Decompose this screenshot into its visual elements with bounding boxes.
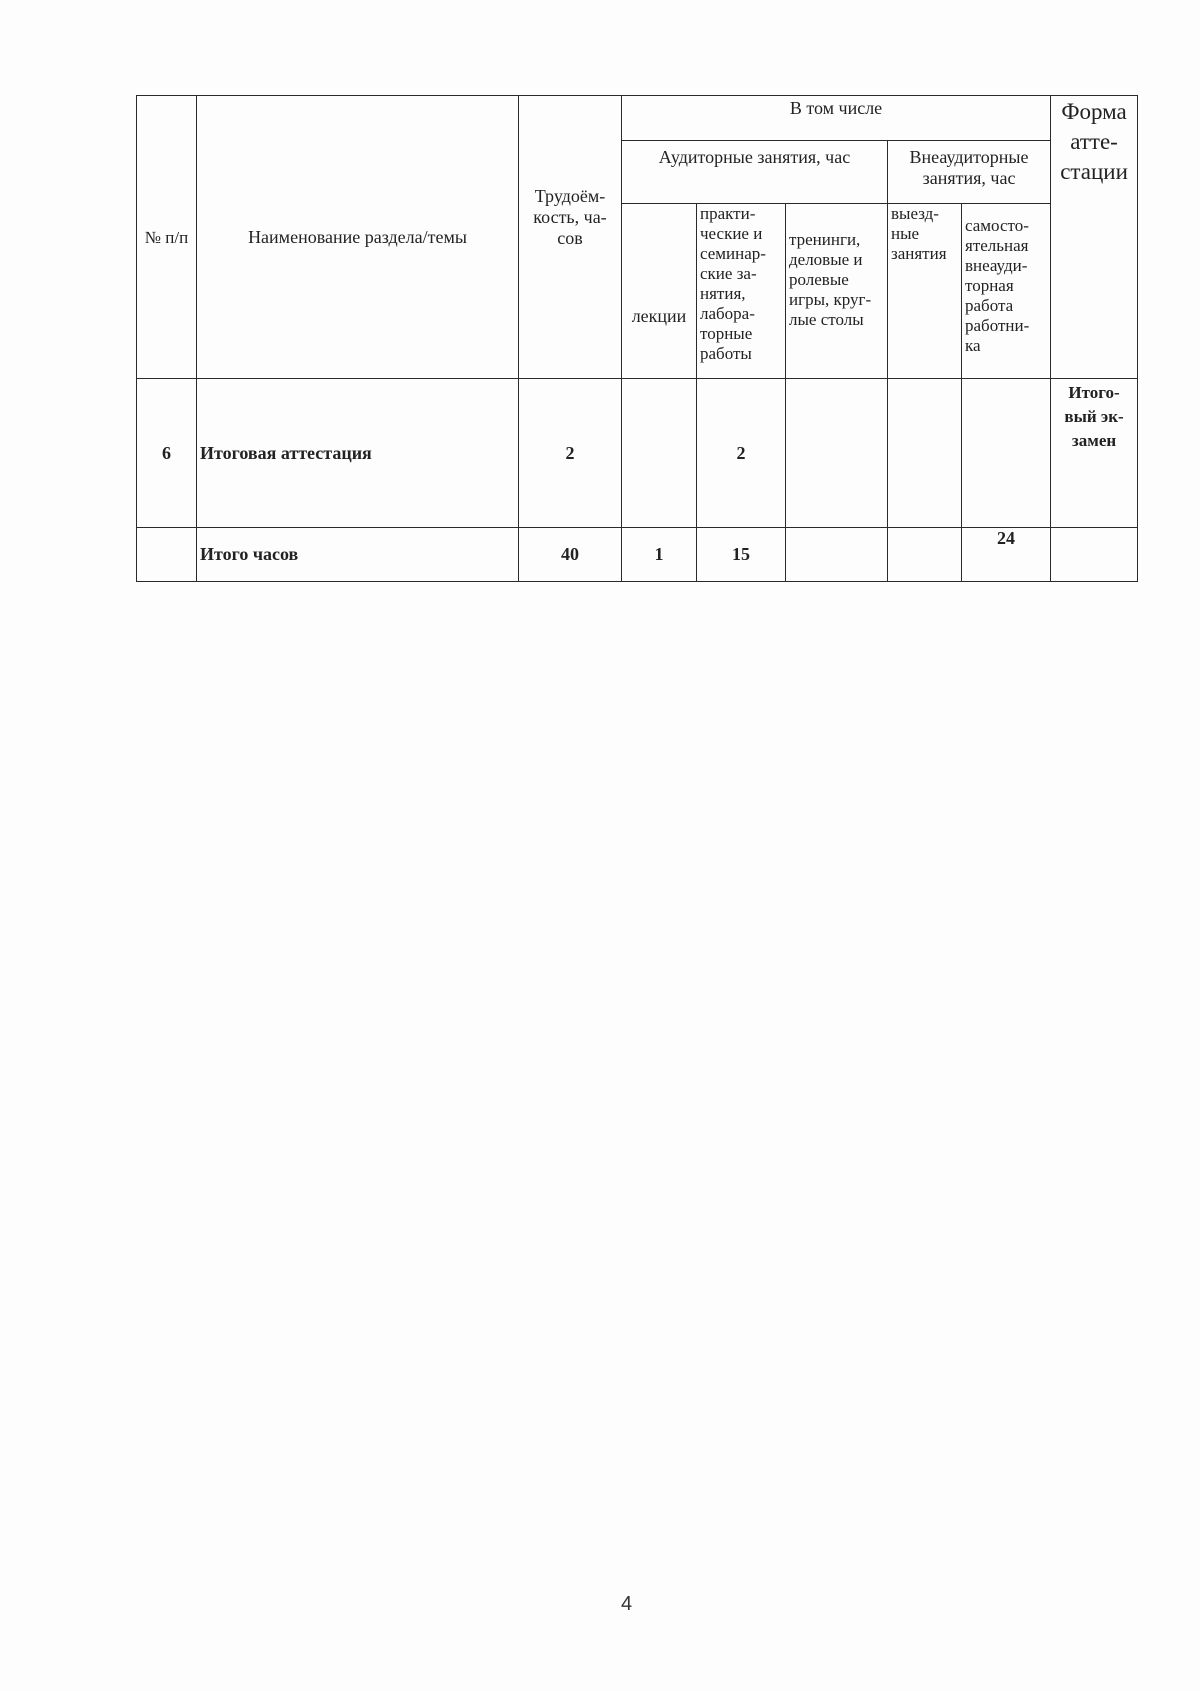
total-label: Итого часов: [197, 528, 519, 582]
cell-number: 6: [137, 379, 197, 528]
total-labor: 40: [519, 528, 622, 582]
header-labor-hours-text: Трудоём- кость, ча- сов: [533, 186, 606, 248]
total-lectures: 1: [622, 528, 697, 582]
header-classroom-group: Аудиторные занятия, час: [622, 141, 888, 204]
header-attestation-form-text: Форма атте- стации: [1060, 99, 1128, 184]
cell-section-name: Итоговая аттестация: [197, 379, 519, 528]
curriculum-table: № п/п Наименование раздела/темы Трудоём-…: [136, 95, 1138, 582]
cell-attestation-form-text: Итого- вый эк- замен: [1064, 383, 1123, 450]
total-row: Итого часов 40 1 15 24: [137, 528, 1138, 582]
total-field: [888, 528, 962, 582]
cell-trainings: [786, 379, 888, 528]
header-field-classes: выезд- ные занятия: [888, 204, 962, 379]
header-practical-text: практи- ческие и семинар- ские за- нятия…: [700, 204, 766, 363]
cell-practical: 2: [697, 379, 786, 528]
header-practical: практи- ческие и семинар- ские за- нятия…: [697, 204, 786, 379]
header-attestation-form: Форма атте- стации: [1051, 96, 1138, 379]
header-including-group: В том числе: [622, 96, 1051, 141]
cell-labor: 2: [519, 379, 622, 528]
cell-field: [888, 379, 962, 528]
header-section-name: Наименование раздела/темы: [197, 96, 519, 379]
cell-attestation-form: Итого- вый эк- замен: [1051, 379, 1138, 528]
total-practical: 15: [697, 528, 786, 582]
header-field-classes-text: выезд- ные занятия: [891, 204, 947, 263]
header-labor-hours: Трудоём- кость, ча- сов: [519, 96, 622, 379]
total-attestation-form: [1051, 528, 1138, 582]
header-lectures: лекции: [622, 204, 697, 379]
cell-self-study: [962, 379, 1051, 528]
total-trainings: [786, 528, 888, 582]
header-number: № п/п: [137, 96, 197, 379]
total-number: [137, 528, 197, 582]
cell-lectures: [622, 379, 697, 528]
header-self-study-text: самосто- ятельная внеауди- торная работа…: [965, 216, 1029, 355]
header-trainings: тренинги, деловые и ролевые игры, круг- …: [786, 204, 888, 379]
total-self-study: 24: [962, 528, 1051, 582]
document-page: № п/п Наименование раздела/темы Трудоём-…: [0, 0, 1200, 1691]
page-number: 4: [621, 1593, 632, 1616]
table-row: 6 Итоговая аттестация 2 2 Итого- вый эк-…: [137, 379, 1138, 528]
header-self-study: самосто- ятельная внеауди- торная работа…: [962, 204, 1051, 379]
header-extracurricular-group: Внеаудиторные занятия, час: [888, 141, 1051, 204]
header-trainings-text: тренинги, деловые и ролевые игры, круг- …: [789, 230, 871, 329]
